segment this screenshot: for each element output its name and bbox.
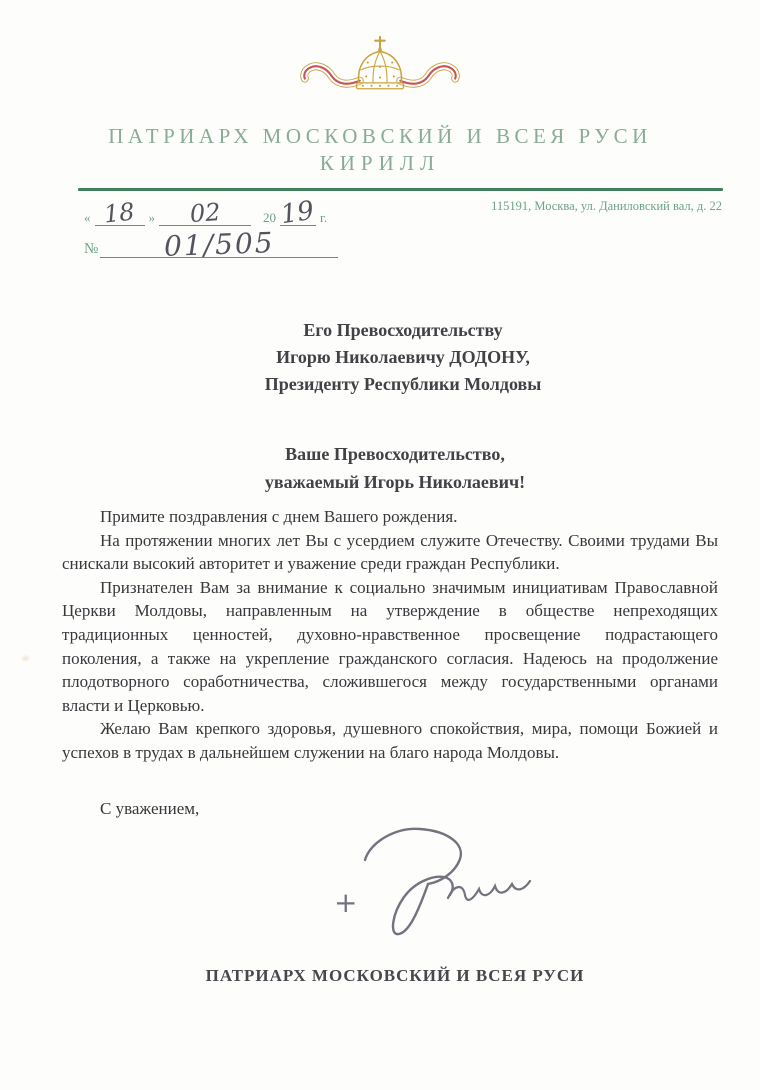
paragraph: Желаю Вам крепкого здоровья, душевного с… bbox=[62, 717, 718, 764]
letterhead-divider bbox=[78, 188, 723, 191]
recipient-line: Его Превосходительству bbox=[103, 317, 703, 344]
ribbon-left-icon bbox=[304, 66, 359, 83]
letterhead-name: КИРИЛЛ bbox=[0, 151, 760, 176]
handwritten-day: 18 bbox=[103, 202, 136, 227]
paragraph: На протяжении многих лет Вы с усердием с… bbox=[62, 529, 718, 576]
letter-page: ПАТРИАРХ МОСКОВСКИЙ И ВСЕЯ РУСИ КИРИЛЛ «… bbox=[0, 0, 760, 1090]
patriarch-signature-icon bbox=[352, 820, 542, 942]
signoff-title: ПАТРИАРХ МОСКОВСКИЙ И ВСЕЯ РУСИ bbox=[30, 966, 760, 986]
salutation-line: уважаемый Игорь Николаевич! bbox=[95, 469, 695, 497]
handwritten-month: 02 bbox=[189, 202, 221, 226]
number-line: № 01/505 bbox=[84, 226, 338, 258]
quote-open: « bbox=[84, 210, 91, 226]
handwritten-number: 01/505 bbox=[164, 230, 275, 259]
date-line: « 18 » 02 20 19 г. bbox=[84, 196, 327, 226]
date-year-field: 19 bbox=[280, 202, 316, 226]
ribbon-right-icon bbox=[400, 66, 455, 83]
salutation-line: Ваше Превосходительство, bbox=[95, 441, 695, 469]
quote-close: » bbox=[149, 210, 156, 226]
paragraph: Примите поздравления с днем Вашего рожде… bbox=[62, 505, 718, 529]
letter-body: Примите поздравления с днем Вашего рожде… bbox=[62, 505, 718, 765]
date-day-field: 18 bbox=[95, 203, 145, 226]
date-month-field: 02 bbox=[159, 203, 251, 226]
handwritten-year: 19 bbox=[280, 199, 316, 227]
number-label: № bbox=[84, 241, 98, 258]
year-suffix: г. bbox=[320, 210, 327, 226]
recipient-block: Его Превосходительству Игорю Николаевичу… bbox=[103, 317, 703, 398]
salutation-block: Ваше Превосходительство, уважаемый Игорь… bbox=[95, 441, 695, 496]
letterhead-address: 115191, Москва, ул. Даниловский вал, д. … bbox=[491, 199, 722, 214]
recipient-line: Президенту Республики Молдовы bbox=[103, 371, 703, 398]
patriarchal-crown-icon bbox=[300, 26, 460, 112]
letterhead-title: ПАТРИАРХ МОСКОВСКИЙ И ВСЕЯ РУСИ bbox=[0, 124, 760, 149]
paragraph: Признателен Вам за внимание к социально … bbox=[62, 576, 718, 718]
number-field: 01/505 bbox=[100, 232, 338, 258]
year-prefix: 20 bbox=[263, 210, 276, 226]
recipient-line: Игорю Николаевичу ДОДОНУ, bbox=[103, 344, 703, 371]
valediction: С уважением, bbox=[100, 799, 199, 819]
scan-artifact bbox=[22, 656, 29, 661]
